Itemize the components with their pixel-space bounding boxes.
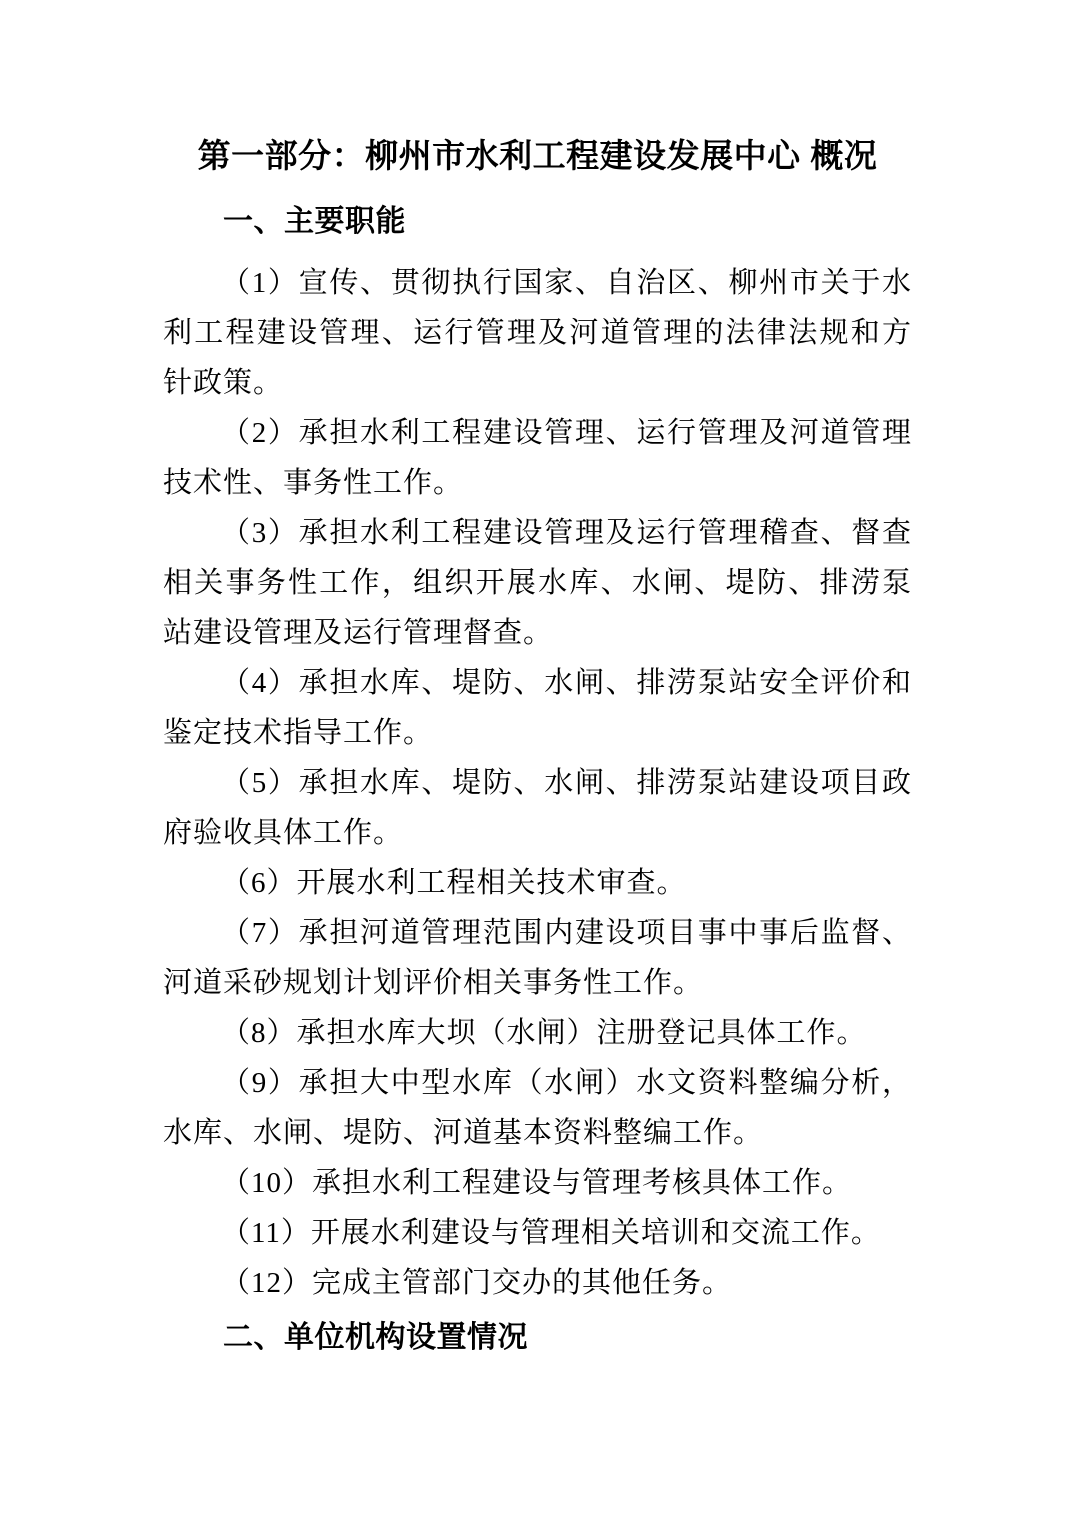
body-paragraph: （12）完成主管部门交办的其他任务。 — [163, 1258, 912, 1308]
body-paragraph: （5）承担水库、堤防、水闸、排涝泵站建设项目政府验收具体工作。 — [163, 758, 912, 858]
section-heading-main-functions: 一、主要职能 — [163, 200, 912, 244]
body-paragraph: （9）承担大中型水库（水闸）水文资料整编分析，水库、水闸、堤防、河道基本资料整编… — [163, 1058, 912, 1158]
body-paragraph: （3）承担水利工程建设管理及运行管理稽查、督查相关事务性工作，组织开展水库、水闸… — [163, 508, 912, 658]
body-paragraph: （4）承担水库、堤防、水闸、排涝泵站安全评价和鉴定技术指导工作。 — [163, 658, 912, 758]
body-paragraph: （8）承担水库大坝（水闸）注册登记具体工作。 — [163, 1008, 912, 1058]
paragraph-list: （1）宣传、贯彻执行国家、自治区、柳州市关于水利工程建设管理、运行管理及河道管理… — [163, 258, 912, 1308]
body-paragraph: （11）开展水利建设与管理相关培训和交流工作。 — [163, 1208, 912, 1258]
body-paragraph: （6）开展水利工程相关技术审查。 — [163, 858, 912, 908]
document-page: 第一部分：柳州市水利工程建设发展中心 概况 一、主要职能 （1）宣传、贯彻执行国… — [0, 0, 1075, 1520]
document-title: 第一部分：柳州市水利工程建设发展中心 概况 — [163, 130, 912, 182]
body-paragraph: （2）承担水利工程建设管理、运行管理及河道管理技术性、事务性工作。 — [163, 408, 912, 508]
body-paragraph: （1）宣传、贯彻执行国家、自治区、柳州市关于水利工程建设管理、运行管理及河道管理… — [163, 258, 912, 408]
section-heading-org-structure: 二、单位机构设置情况 — [163, 1316, 912, 1360]
body-paragraph: （7）承担河道管理范围内建设项目事中事后监督、河道采砂规划计划评价相关事务性工作… — [163, 908, 912, 1008]
body-paragraph: （10）承担水利工程建设与管理考核具体工作。 — [163, 1158, 912, 1208]
